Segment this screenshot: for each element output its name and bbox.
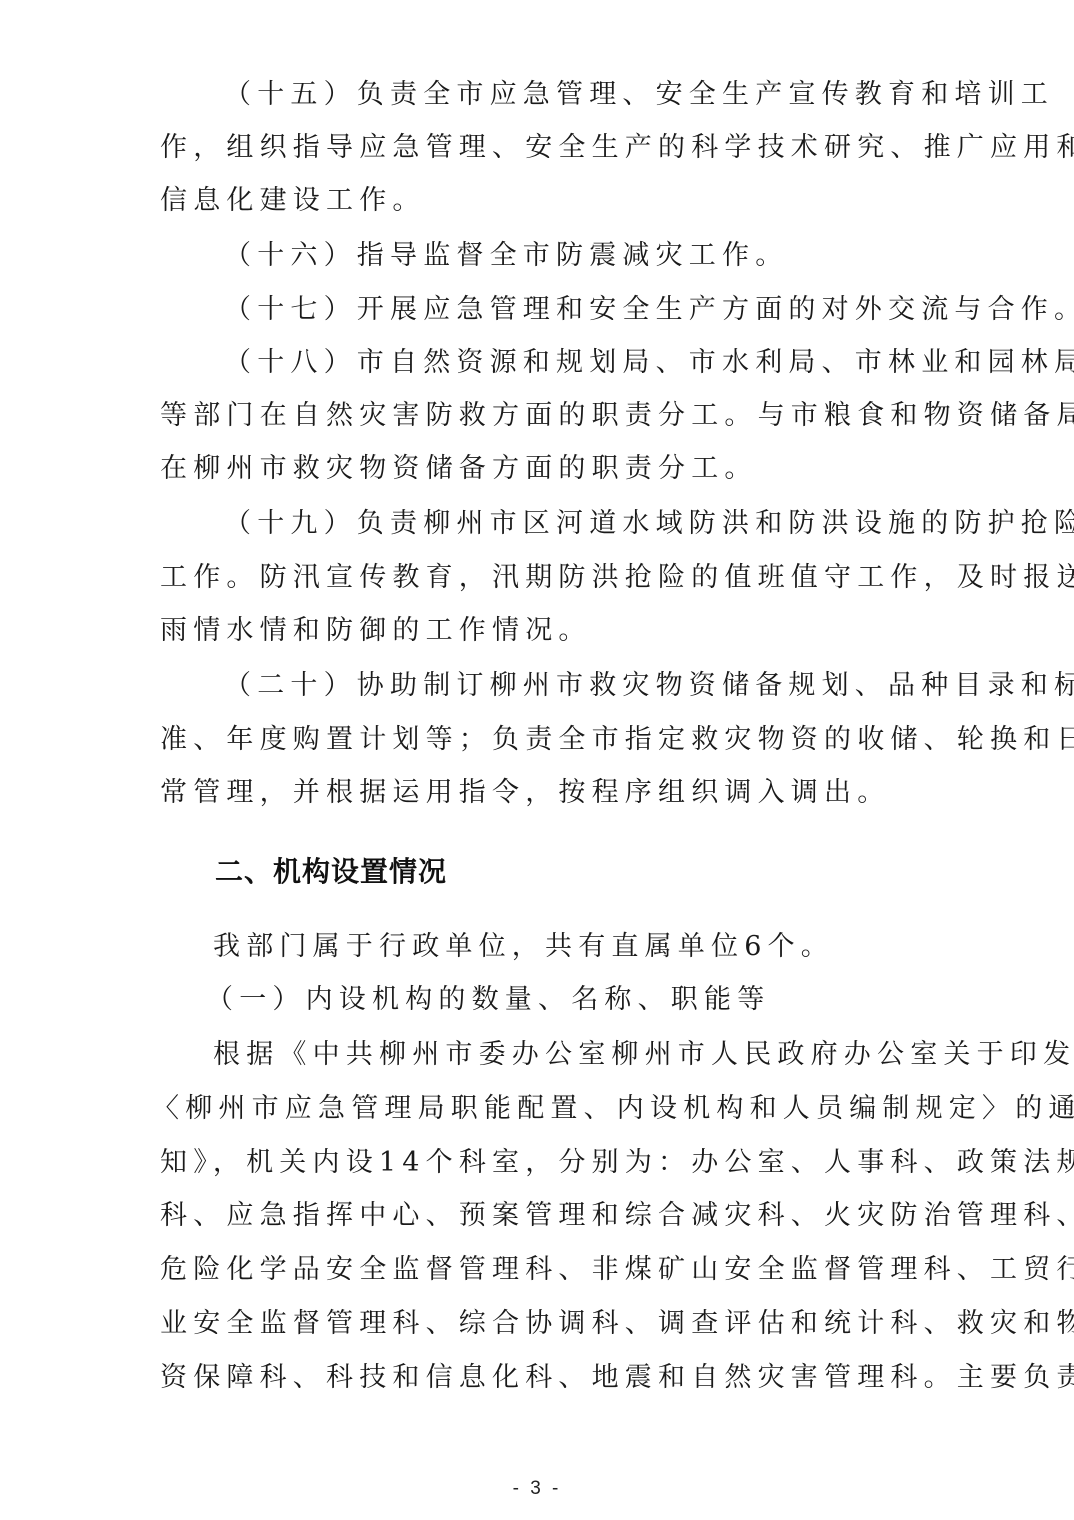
- paragraph-line: 危险化学品安全监督管理科、非煤矿山安全监督管理科、工贸行: [160, 1250, 940, 1290]
- paragraph-line: 根据《中共柳州市委办公室柳州市人民政府办公室关于印发: [213, 1035, 993, 1075]
- paragraph-line: 准、年度购置计划等；负责全市指定救灾物资的收储、轮换和日: [160, 720, 940, 760]
- paragraph-line: 知》，机关内设14个科室，分别为：办公室、人事科、政策法规: [160, 1143, 940, 1183]
- paragraph-line: 信息化建设工作。: [160, 181, 940, 221]
- page-number: - 3 -: [0, 1478, 1074, 1500]
- paragraph-line: （十五）负责全市应急管理、安全生产宣传教育和培训工: [224, 75, 1004, 115]
- paragraph-line: 〈柳州市应急管理局职能配置、内设机构和人员编制规定〉的通: [152, 1089, 932, 1129]
- paragraph-line: 我部门属于行政单位，共有直属单位6个。: [213, 927, 993, 967]
- paragraph-line: 常管理，并根据运用指令，按程序组织调入调出。: [160, 773, 940, 813]
- paragraph-line: （十九）负责柳州市区河道水域防洪和防洪设施的防护抢险: [224, 504, 1004, 544]
- paragraph-line: 业安全监督管理科、综合协调科、调查评估和统计科、救灾和物: [160, 1304, 940, 1344]
- paragraph-line: （十七）开展应急管理和安全生产方面的对外交流与合作。: [224, 290, 1004, 330]
- paragraph-line: （十八）市自然资源和规划局、市水利局、市林业和园林局: [224, 343, 1004, 383]
- document-page: （十五）负责全市应急管理、安全生产宣传教育和培训工 作，组织指导应急管理、安全生…: [0, 0, 1074, 1520]
- paragraph-line: 雨情水情和防御的工作情况。: [160, 611, 940, 651]
- subsection-heading: （一）内设机构的数量、名称、职能等: [206, 980, 986, 1020]
- paragraph-line: 等部门在自然灾害防救方面的职责分工。与市粮食和物资储备局: [160, 396, 940, 436]
- paragraph-line: 资保障科、科技和信息化科、地震和自然灾害管理科。主要负责: [160, 1358, 940, 1398]
- paragraph-line: 在柳州市救灾物资储备方面的职责分工。: [160, 449, 940, 489]
- section-heading: 二、机构设置情况: [215, 850, 447, 894]
- paragraph-line: 作，组织指导应急管理、安全生产的科学技术研究、推广应用和: [160, 128, 940, 168]
- paragraph-line: 工作。防汛宣传教育，汛期防洪抢险的值班值守工作，及时报送: [160, 558, 940, 598]
- paragraph-line: 科、应急指挥中心、预案管理和综合减灾科、火灾防治管理科、: [160, 1196, 940, 1236]
- paragraph-line: （二十）协助制订柳州市救灾物资储备规划、品种目录和标: [224, 666, 1004, 706]
- paragraph-line: （十六）指导监督全市防震减灾工作。: [224, 236, 1004, 276]
